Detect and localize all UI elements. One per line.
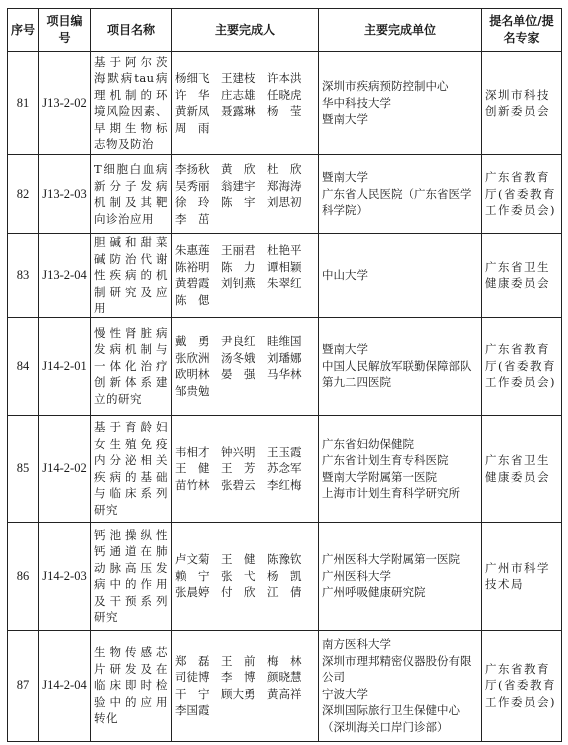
project-name-line: 早期生物标 [94,120,168,137]
contributors-line: 朱惠莲王丽君杜艳平 [175,242,315,259]
contributors-line: 干 宁顾大勇黄高祥 [175,686,315,703]
unit-line: 公司 [322,669,478,686]
contributors-line: 司徒博李 博颜晓慧 [175,669,315,686]
row-units: 广州医科大学附属第一医院广州医科大学广州呼吸健康研究院 [319,522,482,630]
row-contributors: 李扬秋黄 欣杜 欣吴秀丽翁建宇郑海涛徐 玲陈 宇刘思初李 茁 [172,155,319,234]
contributors-line: 张晨婷付 欣江 倩 [175,584,315,601]
row-contributors: 韦相才钟兴明王玉霞王 健王 芳苏念军苗竹林张碧云李红梅 [172,415,319,522]
contributor-name: 王 健 [175,460,221,477]
contributor-name: 翁建宇 [221,178,267,195]
project-name-line: 境风险因素、 [94,103,168,120]
row-project-code: J13-2-04 [39,234,91,318]
nominator-line: 广东省卫生 [485,452,558,469]
project-name-line: 疾病的基础 [94,469,168,486]
project-name-line: 性疾病的机 [94,267,168,284]
row-project-name: 钙池操纵性钙通道在肺动脉高压发病中的作用及干预系列研究 [91,522,172,630]
row-serial: 83 [8,234,39,318]
contributor-name: 刘思初 [267,194,313,211]
contributors-line: 陈裕明陈 力谭相颖 [175,259,315,276]
project-name-line: 胆碱和甜菜 [94,234,168,251]
contributor-name: 黄碧霞 [175,275,221,292]
unit-line: 深圳市疾病预防控制中心 [322,78,478,95]
contributor-name: 李 茁 [175,211,221,228]
row-units: 广东省妇幼保健院广东省计划生育专科医院暨南大学附属第一医院上海市计划生育科学研究… [319,415,482,522]
contributor-name: 陈 力 [221,259,267,276]
project-name-line: 发病机制与 [94,341,168,358]
nominator-line: 健康委员会 [485,469,558,486]
row-project-name: 基于阿尔茨海默病tau病理机制的环境风险因素、早期生物标志物及防治 [91,52,172,155]
row-project-code: J14-2-04 [39,630,91,741]
nominator-line: 广州市科学 [485,560,558,577]
project-name-line: 海默病tau病 [94,70,168,87]
contributor-name: 钟兴明 [221,444,267,461]
unit-line: 广州呼吸健康研究院 [322,584,478,601]
contributor-name: 杜 欣 [267,161,313,178]
row-serial: 85 [8,415,39,522]
nominator-line: 厅(省委教育 [485,358,558,375]
row-project-code: J14-2-03 [39,522,91,630]
row-nominator: 深圳市科技创新委员会 [482,52,562,155]
contributor-name: 王 前 [221,653,267,670]
contributors-line: 卢文菊王 健陈豫钦 [175,551,315,568]
contributor-name: 杨细飞 [175,70,221,87]
project-name-line: 一体化治疗 [94,358,168,375]
projects-table: 序号 项目编号 项目名称 主要完成人 主要完成单位 提名单位/提名专家 81J1… [7,8,562,742]
project-name-line: 临床即时检 [94,677,168,694]
contributor-name: 刘钊燕 [221,275,267,292]
unit-line: 暨南大学 [322,341,478,358]
contributors-line: 许 华庄志雄任晓虎 [175,87,315,104]
nominator-line: 工作委员会) [485,694,558,711]
contributor-name: 黄 欣 [221,161,267,178]
nominator-line: 工作委员会) [485,202,558,219]
contributor-name: 陈 偲 [175,292,221,309]
contributor-name: 刘璠娜 [267,350,313,367]
project-name-line: 验中的应用 [94,694,168,711]
row-project-name: 胆碱和甜菜碱防治代谢性疾病的机制研究及应用 [91,234,172,318]
project-name-line: 基于阿尔茨 [94,54,168,71]
contributor-name: 庄志雄 [221,87,267,104]
contributor-name: 任晓虎 [267,87,313,104]
nominator-line: 创新委员会 [485,103,558,120]
project-name-line: 创新体系建 [94,374,168,391]
unit-line: 南方医科大学 [322,636,478,653]
unit-line: 中国人民解放军联勤保障部队 [322,358,478,375]
row-units: 暨南大学广东省人民医院（广东省医学科学院） [319,155,482,234]
nominator-line: 工作委员会) [485,374,558,391]
contributor-name: 许 华 [175,87,221,104]
project-name-line: 动脉高压发 [94,560,168,577]
row-project-name: T细胞白血病新分子发病机制及其靶向诊治应用 [91,155,172,234]
row-nominator: 广东省卫生健康委员会 [482,234,562,318]
table-row: 85J14-2-02基于育龄妇女生殖免疫内分泌相关疾病的基础与临床系列研究韦相才… [8,415,562,522]
project-name-line: 新分子发病 [94,178,168,195]
unit-line: 暨南大学 [322,169,478,186]
header-main-contributors: 主要完成人 [172,9,319,52]
row-project-code: J13-2-03 [39,155,91,234]
project-name-line: 转化 [94,710,168,727]
row-project-code: J14-2-01 [39,317,91,415]
contributor-name: 杜艳平 [267,242,313,259]
contributor-name: 苏念军 [267,460,313,477]
project-name-line: 研究 [94,502,168,519]
nominator-line: 广东省教育 [485,341,558,358]
table-row: 86J14-2-03钙池操纵性钙通道在肺动脉高压发病中的作用及干预系列研究卢文菊… [8,522,562,630]
header-main-units: 主要完成单位 [319,9,482,52]
project-name-line: 碱防治代谢 [94,251,168,268]
unit-line: 华中科技大学 [322,95,478,112]
contributor-name: 陈裕明 [175,259,221,276]
contributors-line: 欧明林晏 强马华林 [175,366,315,383]
contributor-name: 邹贵勉 [175,383,221,400]
project-name-line: 病中的作用 [94,576,168,593]
header-project-name: 项目名称 [91,9,172,52]
table-row: 83J13-2-04胆碱和甜菜碱防治代谢性疾病的机制研究及应用朱惠莲王丽君杜艳平… [8,234,562,318]
project-name-line: 研究 [94,609,168,626]
contributor-name: 王丽君 [221,242,267,259]
row-project-name: 生物传感芯片研发及在临床即时检验中的应用转化 [91,630,172,741]
project-name-line: 生物传感芯 [94,644,168,661]
table-header-row: 序号 项目编号 项目名称 主要完成人 主要完成单位 提名单位/提名专家 [8,9,562,52]
contributor-name: 李扬秋 [175,161,221,178]
unit-line: 广州医科大学 [322,568,478,585]
contributor-name: 尹良红 [221,333,267,350]
unit-line: 广东省妇幼保健院 [322,436,478,453]
contributor-name: 张晨婷 [175,584,221,601]
header-serial: 序号 [8,9,39,52]
contributor-name: 苗竹林 [175,477,221,494]
contributor-name: 王 芳 [221,460,267,477]
contributors-line: 郑 磊王 前梅 林 [175,653,315,670]
contributors-line: 杨细飞王建枝许本洪 [175,70,315,87]
row-units: 深圳市疾病预防控制中心华中科技大学暨南大学 [319,52,482,155]
unit-line: 深圳市理邦精密仪器股份有限 [322,653,478,670]
unit-line: 广东省计划生育专科医院 [322,452,478,469]
row-project-name: 慢性肾脏病发病机制与一体化治疗创新体系建立的研究 [91,317,172,415]
nominator-line: 广东省卫生 [485,259,558,276]
nominator-line: 健康委员会 [485,275,558,292]
contributors-line: 徐 玲陈 宇刘思初 [175,194,315,211]
contributor-name: 聂露琳 [221,103,267,120]
project-name-line: 基于育龄妇 [94,419,168,436]
contributor-name: 晏 强 [221,366,267,383]
project-name-line: 女生殖免疫 [94,436,168,453]
contributor-name: 王玉霞 [267,444,313,461]
nominator-line: 广东省教育 [485,661,558,678]
unit-line: 中山大学 [322,267,478,284]
row-contributors: 戴 勇尹良红眭维国张欣洲汤冬娥刘璠娜欧明林晏 强马华林邹贵勉 [172,317,319,415]
project-name-line: 钙池操纵性 [94,527,168,544]
row-nominator: 广州市科学技术局 [482,522,562,630]
unit-line: 暨南大学 [322,111,478,128]
nominator-line: 广东省教育 [485,169,558,186]
project-name-line: 钙通道在肺 [94,543,168,560]
contributors-line: 李 茁 [175,211,315,228]
row-contributors: 朱惠莲王丽君杜艳平陈裕明陈 力谭相颖黄碧霞刘钊燕朱翠红陈 偲 [172,234,319,318]
contributor-name: 马华林 [267,366,313,383]
unit-line: 广州医科大学附属第一医院 [322,551,478,568]
project-name-line: 制研究及应 [94,284,168,301]
contributor-name: 李红梅 [267,477,313,494]
unit-line: 深圳国际旅行卫生保健中心 [322,702,478,719]
contributor-name: 黄新凤 [175,103,221,120]
contributors-line: 张欣洲汤冬娥刘璠娜 [175,350,315,367]
contributor-name: 戴 勇 [175,333,221,350]
unit-line: 上海市计划生育科学研究所 [322,485,478,502]
row-serial: 82 [8,155,39,234]
row-project-code: J13-2-02 [39,52,91,155]
row-units: 中山大学 [319,234,482,318]
project-name-line: 机制及其靶 [94,194,168,211]
nominator-line: 厅(省委教育 [485,186,558,203]
contributors-line: 戴 勇尹良红眭维国 [175,333,315,350]
unit-line: 暨南大学附属第一医院 [322,469,478,486]
contributors-line: 陈 偲 [175,292,315,309]
row-nominator: 广东省教育厅(省委教育工作委员会) [482,317,562,415]
nominator-line: 技术局 [485,576,558,593]
contributor-name: 欧明林 [175,366,221,383]
row-project-code: J14-2-02 [39,415,91,522]
project-name-line: 内分泌相关 [94,452,168,469]
contributors-line: 赖 宁张 弋杨 凯 [175,568,315,585]
contributor-name: 吴秀丽 [175,178,221,195]
contributor-name: 干 宁 [175,686,221,703]
contributor-name: 卢文菊 [175,551,221,568]
row-nominator: 广东省教育厅(省委教育工作委员会) [482,155,562,234]
contributor-name: 陈 宇 [221,194,267,211]
contributor-name: 许本洪 [267,70,313,87]
row-serial: 87 [8,630,39,741]
table-row: 84J14-2-01慢性肾脏病发病机制与一体化治疗创新体系建立的研究戴 勇尹良红… [8,317,562,415]
contributor-name: 江 倩 [267,584,313,601]
nominator-line: 深圳市科技 [485,87,558,104]
row-serial: 86 [8,522,39,630]
contributor-name: 韦相才 [175,444,221,461]
contributor-name: 颜晓慧 [267,669,313,686]
contributor-name: 李国霞 [175,702,221,719]
contributors-line: 黄新凤聂露琳杨 莹 [175,103,315,120]
row-project-name: 基于育龄妇女生殖免疫内分泌相关疾病的基础与临床系列研究 [91,415,172,522]
row-serial: 81 [8,52,39,155]
contributor-name: 眭维国 [267,333,313,350]
row-serial: 84 [8,317,39,415]
contributor-name: 朱惠莲 [175,242,221,259]
row-contributors: 郑 磊王 前梅 林司徒博李 博颜晓慧干 宁顾大勇黄高祥李国霞 [172,630,319,741]
contributor-name: 王建枝 [221,70,267,87]
contributor-name: 司徒博 [175,669,221,686]
project-name-line: 及干预系列 [94,593,168,610]
contributor-name: 梅 林 [267,653,313,670]
project-name-line: 向诊治应用 [94,211,168,228]
contributor-name: 杨 凯 [267,568,313,585]
row-contributors: 卢文菊王 健陈豫钦赖 宁张 弋杨 凯张晨婷付 欣江 倩 [172,522,319,630]
nominator-line: 厅(省委教育 [485,677,558,694]
contributor-name: 顾大勇 [221,686,267,703]
contributor-name: 张欣洲 [175,350,221,367]
project-name-line: 片研发及在 [94,661,168,678]
contributor-name: 谭相颖 [267,259,313,276]
project-name-line: 用 [94,300,168,317]
contributors-line: 邹贵勉 [175,383,315,400]
project-name-line: 理机制的环 [94,87,168,104]
contributors-line: 吴秀丽翁建宇郑海涛 [175,178,315,195]
row-nominator: 广东省教育厅(省委教育工作委员会) [482,630,562,741]
unit-line: 广东省人民医院（广东省医学 [322,186,478,203]
project-name-line: 志物及防治 [94,136,168,153]
table-row: 81J13-2-02基于阿尔茨海默病tau病理机制的环境风险因素、早期生物标志物… [8,52,562,155]
row-units: 暨南大学中国人民解放军联勤保障部队第九二四医院 [319,317,482,415]
unit-line: 第九二四医院 [322,374,478,391]
contributor-name: 王 健 [221,551,267,568]
contributor-name: 郑海涛 [267,178,313,195]
contributor-name: 付 欣 [221,584,267,601]
project-name-line: 慢性肾脏病 [94,325,168,342]
contributors-line: 韦相才钟兴明王玉霞 [175,444,315,461]
unit-line: 宁波大学 [322,686,478,703]
contributor-name: 周 雨 [175,120,221,137]
contributors-line: 王 健王 芳苏念军 [175,460,315,477]
unit-line: （深圳海关口岸门诊部） [322,719,478,736]
contributors-line: 周 雨 [175,120,315,137]
table-row: 87J14-2-04生物传感芯片研发及在临床即时检验中的应用转化郑 磊王 前梅 … [8,630,562,741]
contributor-name: 陈豫钦 [267,551,313,568]
contributors-line: 李扬秋黄 欣杜 欣 [175,161,315,178]
contributor-name: 赖 宁 [175,568,221,585]
row-nominator: 广东省卫生健康委员会 [482,415,562,522]
row-contributors: 杨细飞王建枝许本洪许 华庄志雄任晓虎黄新凤聂露琳杨 莹周 雨 [172,52,319,155]
contributors-line: 李国霞 [175,702,315,719]
contributors-line: 黄碧霞刘钊燕朱翠红 [175,275,315,292]
contributor-name: 汤冬娥 [221,350,267,367]
contributor-name: 杨 莹 [267,103,313,120]
contributor-name: 张 弋 [221,568,267,585]
project-name-line: T细胞白血病 [94,161,168,178]
table-row: 82J13-2-03T细胞白血病新分子发病机制及其靶向诊治应用李扬秋黄 欣杜 欣… [8,155,562,234]
contributor-name: 张碧云 [221,477,267,494]
project-name-line: 与临床系列 [94,485,168,502]
contributors-line: 苗竹林张碧云李红梅 [175,477,315,494]
contributor-name: 朱翠红 [267,275,313,292]
unit-line: 科学院） [322,202,478,219]
row-units: 南方医科大学深圳市理邦精密仪器股份有限公司宁波大学深圳国际旅行卫生保健中心（深圳… [319,630,482,741]
contributor-name: 黄高祥 [267,686,313,703]
contributor-name: 徐 玲 [175,194,221,211]
contributor-name: 郑 磊 [175,653,221,670]
header-nominator: 提名单位/提名专家 [482,9,562,52]
project-name-line: 立的研究 [94,391,168,408]
header-project-code: 项目编号 [39,9,91,52]
contributor-name: 李 博 [221,669,267,686]
